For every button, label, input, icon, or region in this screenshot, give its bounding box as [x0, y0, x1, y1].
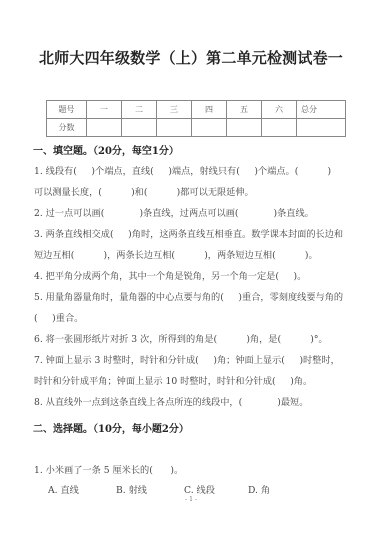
table-cell: 四	[192, 101, 227, 119]
table-cell: 二	[122, 101, 157, 119]
question-line: 7. 钟面上显示 3 时整时，时针和分针成( )角；钟面上显示( )时整时，	[34, 352, 340, 366]
score-cell	[122, 119, 157, 137]
question-line: 5. 用量角器量角时，量角器的中心点要与角的( )重合，零刻度线要与角的	[34, 289, 343, 303]
section-heading-fill-blank: 一、填空题。（20分，每空1分）	[33, 142, 179, 157]
question-line: 短边互相( )，两条长边互相( )，两条短边互相( )。	[34, 247, 318, 261]
option-c: C. 线段	[184, 482, 215, 496]
question-line: 时针和分针成平角；钟面上显示 10 时整时，时针和分针成( )角。	[34, 373, 312, 387]
question-line: 6. 将一张圆形纸片对折 3 次，所得到的角是( )角，是( )°。	[34, 331, 328, 345]
score-cell	[227, 119, 262, 137]
question-line: 8. 从直线外一点到这条直线上各点所连的线段中，( )最短。	[34, 394, 308, 408]
choice-question: 1. 小米画了一条 5 厘米长的( )。	[34, 462, 183, 476]
option-d: D. 角	[248, 482, 270, 496]
table-cell: 总分	[297, 101, 346, 119]
option-b: B. 射线	[116, 482, 147, 496]
section-heading-multiple-choice: 二、选择题。（10分，每小题2分）	[33, 420, 189, 435]
page-number: - 1 -	[0, 496, 382, 503]
score-cell	[87, 119, 122, 137]
table-cell: 三	[157, 101, 192, 119]
score-table: 题号 一 二 三 四 五 六 总分 分数	[46, 100, 346, 137]
table-cell: 六	[262, 101, 297, 119]
table-cell: 五	[227, 101, 262, 119]
table-cell: 分数	[47, 119, 87, 137]
score-cell	[297, 119, 346, 137]
question-line: 2. 过一点可以画( )条直线，过两点可以画( )条直线。	[34, 205, 314, 219]
table-row-header: 题号 一 二 三 四 五 六 总分	[47, 101, 346, 119]
question-line: ( )重合。	[34, 310, 83, 324]
page-title: 北师大四年级数学（上）第二单元检测试卷一	[0, 47, 382, 68]
table-cell: 一	[87, 101, 122, 119]
question-line: 4. 把平角分成两个角，其中一个角是锐角，另一个角一定是( )。	[34, 268, 306, 282]
table-cell: 题号	[47, 101, 87, 119]
question-line: 3. 两条直线相交成( )角时，这两条直线互相垂直。数学课本封面的长边和	[34, 226, 343, 240]
option-a: A. 直线	[48, 482, 79, 496]
table-row-score: 分数	[47, 119, 346, 137]
question-line: 1. 线段有( )个端点，直线( )端点，射线只有( )个端点。( )	[34, 163, 331, 177]
score-cell	[157, 119, 192, 137]
score-cell	[262, 119, 297, 137]
score-cell	[192, 119, 227, 137]
question-line: 可以测量长度，( )和( )都可以无限延伸。	[34, 184, 254, 198]
